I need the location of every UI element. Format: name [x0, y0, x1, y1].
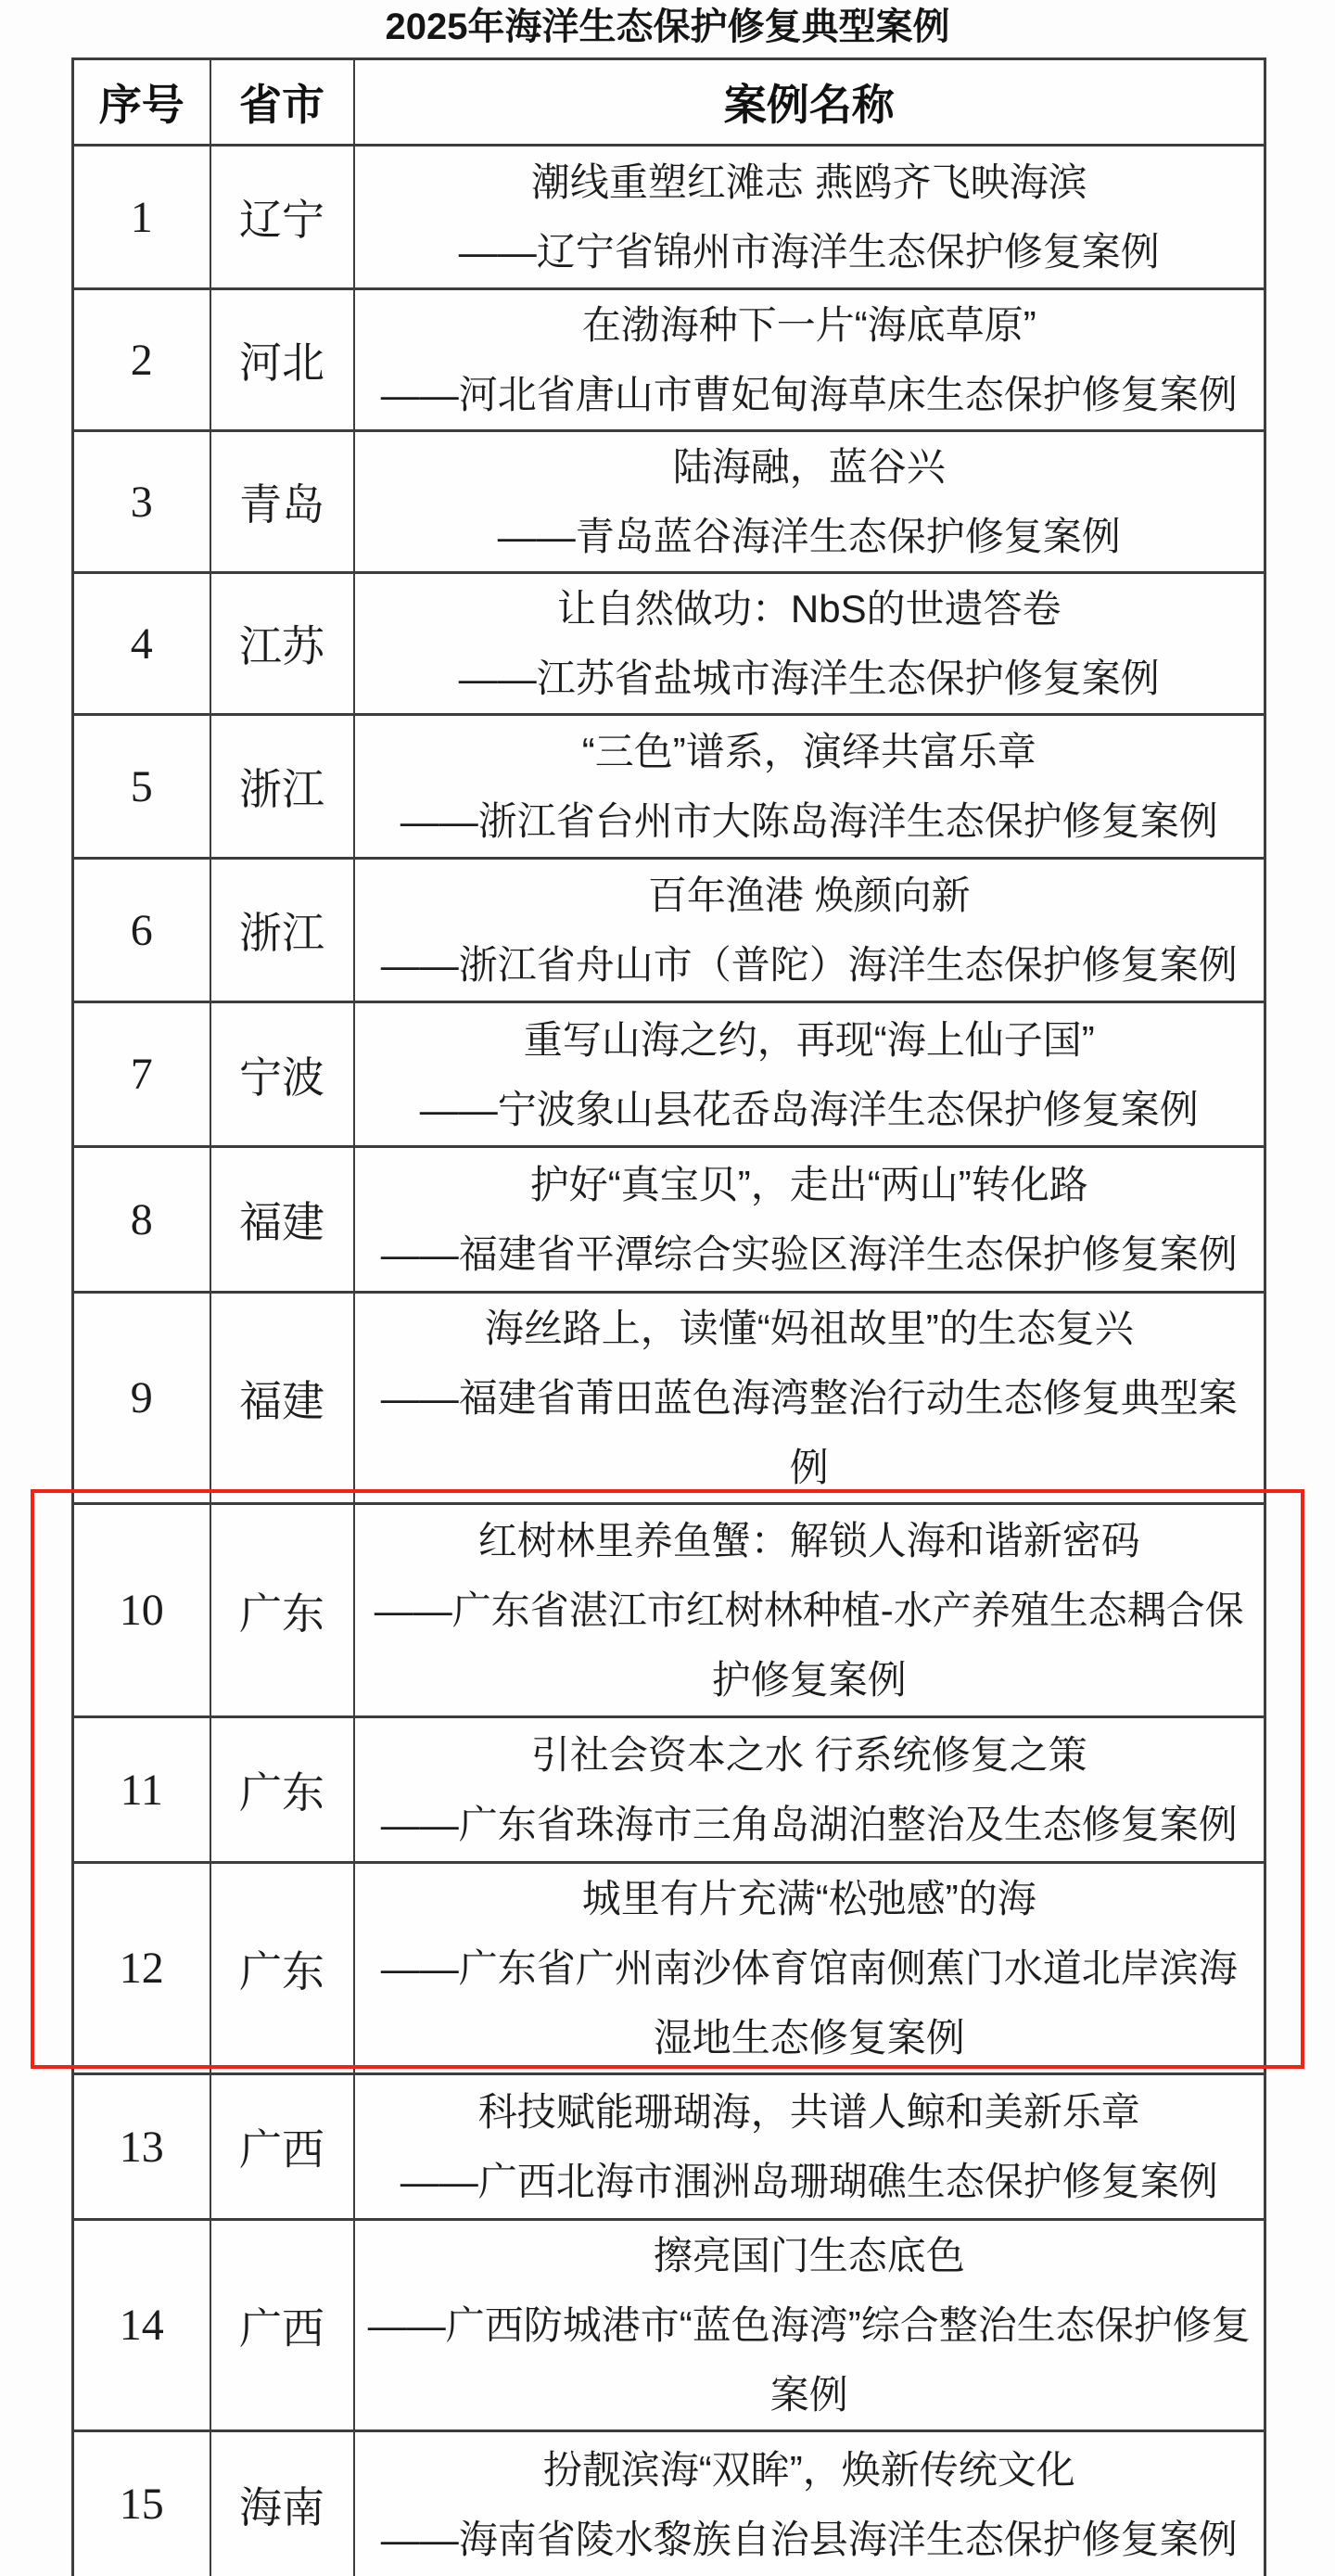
cases-table: 序号 省市 案例名称 1 辽宁 潮线重塑红滩志 燕鸥齐飞映海滨 ——辽宁省锦州市… [71, 57, 1266, 2576]
case-source-line-cont: 湿地生态修复案例 [355, 2003, 1265, 2072]
row-number: 15 [73, 2431, 210, 2576]
case-source-line: ——青岛蓝谷海洋生态保护修复案例 [355, 502, 1265, 571]
case-title-line: 护好“真宝贝”，走出“两山”转化路 [355, 1150, 1265, 1219]
row-case-name: 红树林里养鱼蟹：解锁人海和谐新密码 ——广东省湛江市红树林种植-水产养殖生态耦合… [354, 1504, 1265, 1717]
row-province: 广东 [210, 1863, 354, 2074]
table-row-highlighted: 12 广东 城里有片充满“松弛感”的海 ——广东省广州南沙体育馆南侧蕉门水道北岸… [73, 1863, 1265, 2074]
table-row: 1 辽宁 潮线重塑红滩志 燕鸥齐飞映海滨 ——辽宁省锦州市海洋生态保护修复案例 [73, 146, 1265, 289]
row-case-name: 护好“真宝贝”，走出“两山”转化路 ——福建省平潭综合实验区海洋生态保护修复案例 [354, 1147, 1265, 1293]
case-source-line-cont: 例 [355, 1433, 1265, 1502]
case-source-line: ——宁波象山县花岙岛海洋生态保护修复案例 [355, 1075, 1265, 1144]
document-page: 2025年海洋生态保护修复典型案例 序号 省市 案例名称 1 辽宁 潮线重塑红滩… [0, 0, 1335, 2576]
row-number: 10 [73, 1504, 210, 1717]
case-title-line: 陆海融，蓝谷兴 [355, 432, 1265, 502]
row-province: 广东 [210, 1504, 354, 1717]
case-source-line: ——广西北海市涠洲岛珊瑚礁生态保护修复案例 [355, 2147, 1265, 2216]
header-no: 序号 [73, 59, 210, 146]
row-province: 河北 [210, 289, 354, 431]
row-province: 广东 [210, 1717, 354, 1863]
case-source-line: ——广东省广州南沙体育馆南侧蕉门水道北岸滨海 [355, 1933, 1265, 2003]
case-title-line: 在渤海种下一片“海底草原” [355, 290, 1265, 360]
row-number: 7 [73, 1002, 210, 1147]
case-source-line: ——广东省珠海市三角岛湖泊整治及生态修复案例 [355, 1790, 1265, 1859]
row-province: 辽宁 [210, 146, 354, 289]
row-province: 广西 [210, 2074, 354, 2220]
row-province: 广西 [210, 2220, 354, 2431]
row-case-name: “三色”谱系，演绎共富乐章 ——浙江省台州市大陈岛海洋生态保护修复案例 [354, 715, 1265, 859]
case-source-line-cont: 案例 [355, 2360, 1265, 2429]
case-title-line: 潮线重塑红滩志 燕鸥齐飞映海滨 [355, 147, 1265, 217]
case-title-line: “三色”谱系，演绎共富乐章 [355, 717, 1265, 786]
row-number: 4 [73, 573, 210, 715]
row-province: 浙江 [210, 715, 354, 859]
row-number: 12 [73, 1863, 210, 2074]
row-case-name: 引社会资本之水 行系统修复之策 ——广东省珠海市三角岛湖泊整治及生态修复案例 [354, 1717, 1265, 1863]
table-row: 15 海南 扮靓滨海“双眸”，焕新传统文化 ——海南省陵水黎族自治县海洋生态保护… [73, 2431, 1265, 2576]
table-row: 8 福建 护好“真宝贝”，走出“两山”转化路 ——福建省平潭综合实验区海洋生态保… [73, 1147, 1265, 1293]
row-number: 11 [73, 1717, 210, 1863]
row-province: 福建 [210, 1293, 354, 1504]
table-row: 9 福建 海丝路上，读懂“妈祖故里”的生态复兴 ——福建省莆田蓝色海湾整治行动生… [73, 1293, 1265, 1504]
header-province: 省市 [210, 59, 354, 146]
case-source-line: ——广东省湛江市红树林种植-水产养殖生态耦合保 [355, 1575, 1265, 1645]
row-province: 浙江 [210, 859, 354, 1002]
case-title-line: 城里有片充满“松弛感”的海 [355, 1864, 1265, 1933]
row-case-name: 城里有片充满“松弛感”的海 ——广东省广州南沙体育馆南侧蕉门水道北岸滨海 湿地生… [354, 1863, 1265, 2074]
case-source-line: ——福建省莆田蓝色海湾整治行动生态修复典型案 [355, 1363, 1265, 1433]
row-case-name: 科技赋能珊瑚海，共谱人鲸和美新乐章 ——广西北海市涠洲岛珊瑚礁生态保护修复案例 [354, 2074, 1265, 2220]
table-row: 7 宁波 重写山海之约，再现“海上仙子国” ——宁波象山县花岙岛海洋生态保护修复… [73, 1002, 1265, 1147]
table-row: 2 河北 在渤海种下一片“海底草原” ——河北省唐山市曹妃甸海草床生态保护修复案… [73, 289, 1265, 431]
row-case-name: 让自然做功：NbS的世遗答卷 ——江苏省盐城市海洋生态保护修复案例 [354, 573, 1265, 715]
table-row: 13 广西 科技赋能珊瑚海，共谱人鲸和美新乐章 ——广西北海市涠洲岛珊瑚礁生态保… [73, 2074, 1265, 2220]
case-source-line: ——江苏省盐城市海洋生态保护修复案例 [355, 644, 1265, 713]
row-province: 福建 [210, 1147, 354, 1293]
table-row: 3 青岛 陆海融，蓝谷兴 ——青岛蓝谷海洋生态保护修复案例 [73, 431, 1265, 573]
case-title-line: 让自然做功：NbS的世遗答卷 [355, 574, 1265, 644]
case-title-line: 百年渔港 焕颜向新 [355, 861, 1265, 930]
row-case-name: 潮线重塑红滩志 燕鸥齐飞映海滨 ——辽宁省锦州市海洋生态保护修复案例 [354, 146, 1265, 289]
case-source-line: ——浙江省台州市大陈岛海洋生态保护修复案例 [355, 786, 1265, 856]
case-source-line: ——福建省平潭综合实验区海洋生态保护修复案例 [355, 1219, 1265, 1289]
row-province: 青岛 [210, 431, 354, 573]
case-title-line: 扮靓滨海“双眸”，焕新传统文化 [355, 2435, 1265, 2505]
row-number: 13 [73, 2074, 210, 2220]
row-case-name: 陆海融，蓝谷兴 ——青岛蓝谷海洋生态保护修复案例 [354, 431, 1265, 573]
row-number: 5 [73, 715, 210, 859]
case-title-line: 海丝路上，读懂“妈祖故里”的生态复兴 [355, 1294, 1265, 1363]
row-case-name: 百年渔港 焕颜向新 ——浙江省舟山市（普陀）海洋生态保护修复案例 [354, 859, 1265, 1002]
row-province: 宁波 [210, 1002, 354, 1147]
case-title-line: 科技赋能珊瑚海，共谱人鲸和美新乐章 [355, 2077, 1265, 2147]
case-source-line: ——辽宁省锦州市海洋生态保护修复案例 [355, 217, 1265, 287]
case-title-line: 红树林里养鱼蟹：解锁人海和谐新密码 [355, 1506, 1265, 1575]
row-province: 江苏 [210, 573, 354, 715]
case-source-line: ——海南省陵水黎族自治县海洋生态保护修复案例 [355, 2505, 1265, 2574]
page-title: 2025年海洋生态保护修复典型案例 [0, 2, 1335, 52]
case-title-line: 重写山海之约，再现“海上仙子国” [355, 1005, 1265, 1075]
table-row: 6 浙江 百年渔港 焕颜向新 ——浙江省舟山市（普陀）海洋生态保护修复案例 [73, 859, 1265, 1002]
row-case-name: 重写山海之约，再现“海上仙子国” ——宁波象山县花岙岛海洋生态保护修复案例 [354, 1002, 1265, 1147]
case-title-line: 擦亮国门生态底色 [355, 2221, 1265, 2290]
row-number: 9 [73, 1293, 210, 1504]
row-province: 海南 [210, 2431, 354, 2576]
row-number: 8 [73, 1147, 210, 1293]
row-number: 1 [73, 146, 210, 289]
case-source-line-cont: 护修复案例 [355, 1645, 1265, 1715]
table-row-highlighted: 11 广东 引社会资本之水 行系统修复之策 ——广东省珠海市三角岛湖泊整治及生态… [73, 1717, 1265, 1863]
table-row: 4 江苏 让自然做功：NbS的世遗答卷 ——江苏省盐城市海洋生态保护修复案例 [73, 573, 1265, 715]
row-case-name: 扮靓滨海“双眸”，焕新传统文化 ——海南省陵水黎族自治县海洋生态保护修复案例 [354, 2431, 1265, 2576]
table-header-row: 序号 省市 案例名称 [73, 59, 1265, 146]
header-case-name: 案例名称 [354, 59, 1265, 146]
row-number: 3 [73, 431, 210, 573]
case-title-line: 引社会资本之水 行系统修复之策 [355, 1720, 1265, 1790]
row-case-name: 在渤海种下一片“海底草原” ——河北省唐山市曹妃甸海草床生态保护修复案例 [354, 289, 1265, 431]
row-case-name: 海丝路上，读懂“妈祖故里”的生态复兴 ——福建省莆田蓝色海湾整治行动生态修复典型… [354, 1293, 1265, 1504]
row-number: 14 [73, 2220, 210, 2431]
row-case-name: 擦亮国门生态底色 ——广西防城港市“蓝色海湾”综合整治生态保护修复 案例 [354, 2220, 1265, 2431]
case-source-line: ——广西防城港市“蓝色海湾”综合整治生态保护修复 [355, 2290, 1265, 2360]
case-source-line: ——河北省唐山市曹妃甸海草床生态保护修复案例 [355, 360, 1265, 429]
table-row: 14 广西 擦亮国门生态底色 ——广西防城港市“蓝色海湾”综合整治生态保护修复 … [73, 2220, 1265, 2431]
row-number: 6 [73, 859, 210, 1002]
case-source-line: ——浙江省舟山市（普陀）海洋生态保护修复案例 [355, 930, 1265, 1000]
table-row-highlighted: 10 广东 红树林里养鱼蟹：解锁人海和谐新密码 ——广东省湛江市红树林种植-水产… [73, 1504, 1265, 1717]
table-row: 5 浙江 “三色”谱系，演绎共富乐章 ——浙江省台州市大陈岛海洋生态保护修复案例 [73, 715, 1265, 859]
row-number: 2 [73, 289, 210, 431]
